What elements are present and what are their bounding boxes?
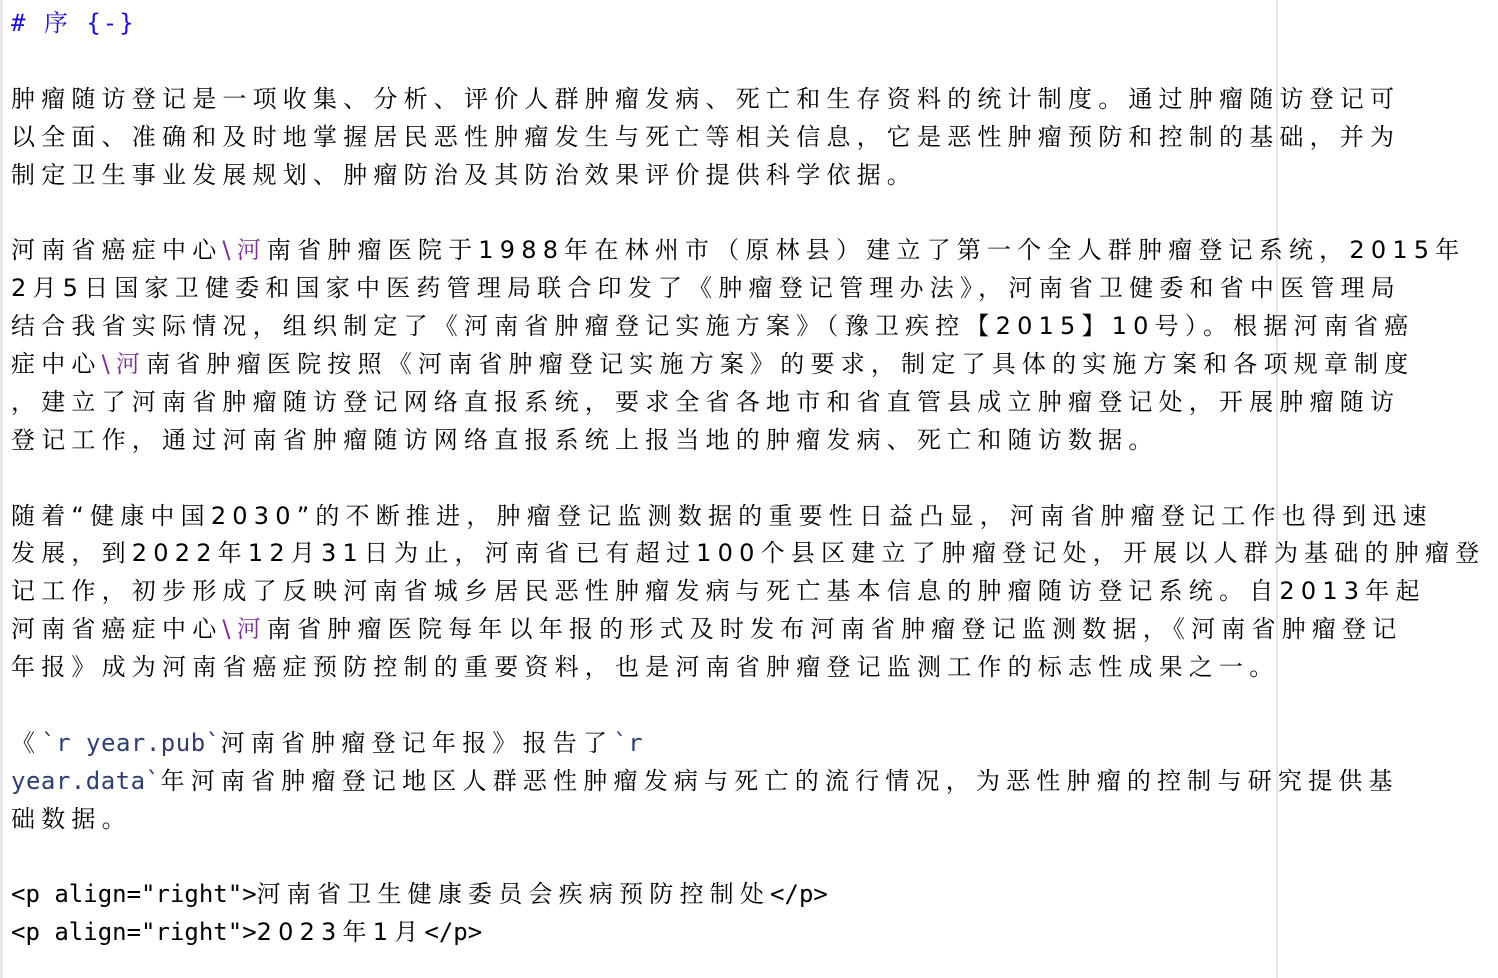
text-segment: 《 bbox=[11, 729, 41, 757]
text-line: 2月5日国家卫健委和国家中医药管理局联合印发了《肿瘤登记管理办法》，河南省卫健委… bbox=[11, 270, 1498, 308]
blank-line bbox=[11, 43, 1498, 81]
text-line: 年报》成为河南省癌症预防控制的重要资料，也是河南省肿瘤登记监测工作的标志性成果之… bbox=[11, 649, 1498, 687]
inline-r-code: `r year.pub` bbox=[41, 729, 220, 757]
text-line: 发展，到2022年12月31日为止，河南省已有超过100个县区建立了肿瘤登记处，… bbox=[11, 535, 1498, 573]
source-editor[interactable]: # 序 {-} 肿瘤随访登记是一项收集、分析、评价人群肿瘤发病、死亡和生存资料的… bbox=[0, 0, 1498, 978]
editor-text-area[interactable]: # 序 {-} 肿瘤随访登记是一项收集、分析、评价人群肿瘤发病、死亡和生存资料的… bbox=[11, 5, 1498, 952]
inline-r-code: year.data` bbox=[11, 767, 161, 795]
html-tag-line: <p align="right">2023年1月</p> bbox=[11, 914, 1498, 952]
html-close-tag: </p> bbox=[424, 918, 482, 946]
text-segment: 河南省癌症中心 bbox=[11, 615, 222, 643]
blank-line bbox=[11, 194, 1498, 232]
text-segment: 南省肿瘤医院每年以年报的形式及时发布河南省肿瘤登记监测数据，《河南省肿瘤登记 bbox=[267, 615, 1403, 643]
text-line: year.data`年河南省肿瘤登记地区人群恶性肿瘤发病与死亡的流行情况，为恶性… bbox=[11, 763, 1498, 801]
html-close-tag: </p> bbox=[770, 880, 828, 908]
signature-org: 河南省卫生健康委员会疾病预防控制处 bbox=[257, 880, 770, 908]
text-segment: 南省肿瘤医院按照《河南省肿瘤登记实施方案》的要求，制定了具体的实施方案和各项规章… bbox=[146, 350, 1414, 378]
inline-r-code: `r bbox=[613, 729, 643, 757]
signature-date: 2023年1月 bbox=[257, 918, 425, 946]
text-line: 以全面、准确和及时地掌握居民恶性肿瘤发生与死亡等相关信息，它是恶性肿瘤预防和控制… bbox=[11, 119, 1498, 157]
blank-line bbox=[11, 460, 1498, 498]
html-open-tag: <p align="right"> bbox=[11, 918, 257, 946]
escape-sequence: \河 bbox=[222, 236, 267, 264]
text-line: 记工作，初步形成了反映河南省城乡居民恶性肿瘤发病与死亡基本信息的肿瘤随访登记系统… bbox=[11, 573, 1498, 611]
text-line: 肿瘤随访登记是一项收集、分析、评价人群肿瘤发病、死亡和生存资料的统计制度。通过肿… bbox=[11, 81, 1498, 119]
text-line: 随着“健康中国2030”的不断推进，肿瘤登记监测数据的重要性日益凸显，河南省肿瘤… bbox=[11, 498, 1498, 536]
html-tag-line: <p align="right">河南省卫生健康委员会疾病预防控制处</p> bbox=[11, 876, 1498, 914]
text-line: 河南省癌症中心\河南省肿瘤医院于1988年在林州市（原林县）建立了第一个全人群肿… bbox=[11, 232, 1498, 270]
markdown-heading: # 序 {-} bbox=[11, 5, 1498, 43]
escape-sequence: \河 bbox=[102, 350, 147, 378]
text-line: 《`r year.pub`河南省肿瘤登记年报》报告了`r bbox=[11, 725, 1498, 763]
text-segment: 南省肿瘤医院于1988年在林州市（原林县）建立了第一个全人群肿瘤登记系统，201… bbox=[267, 236, 1466, 264]
text-segment: 河南省肿瘤登记年报》报告了 bbox=[221, 729, 614, 757]
text-segment: 年河南省肿瘤登记地区人群恶性肿瘤发病与死亡的流行情况，为恶性肿瘤的控制与研究提供… bbox=[161, 767, 1399, 795]
text-line: ，建立了河南省肿瘤随访登记网络直报系统，要求全省各地市和省直管县成立肿瘤登记处，… bbox=[11, 384, 1498, 422]
text-line: 河南省癌症中心\河南省肿瘤医院每年以年报的形式及时发布河南省肿瘤登记监测数据，《… bbox=[11, 611, 1498, 649]
text-line: 制定卫生事业发展规划、肿瘤防治及其防治效果评价提供科学依据。 bbox=[11, 157, 1498, 195]
text-line: 础数据。 bbox=[11, 801, 1498, 839]
text-line: 症中心\河南省肿瘤医院按照《河南省肿瘤登记实施方案》的要求，制定了具体的实施方案… bbox=[11, 346, 1498, 384]
html-open-tag: <p align="right"> bbox=[11, 880, 257, 908]
text-segment: 河南省癌症中心 bbox=[11, 236, 222, 264]
text-line: 结合我省实际情况，组织制定了《河南省肿瘤登记实施方案》（豫卫疾控【2015】10… bbox=[11, 308, 1498, 346]
escape-sequence: \河 bbox=[222, 615, 267, 643]
blank-line bbox=[11, 839, 1498, 877]
blank-line bbox=[11, 687, 1498, 725]
text-segment: 症中心 bbox=[11, 350, 102, 378]
text-line: 登记工作，通过河南省肿瘤随访网络直报系统上报当地的肿瘤发病、死亡和随访数据。 bbox=[11, 422, 1498, 460]
editor-gutter-edge bbox=[0, 0, 3, 978]
